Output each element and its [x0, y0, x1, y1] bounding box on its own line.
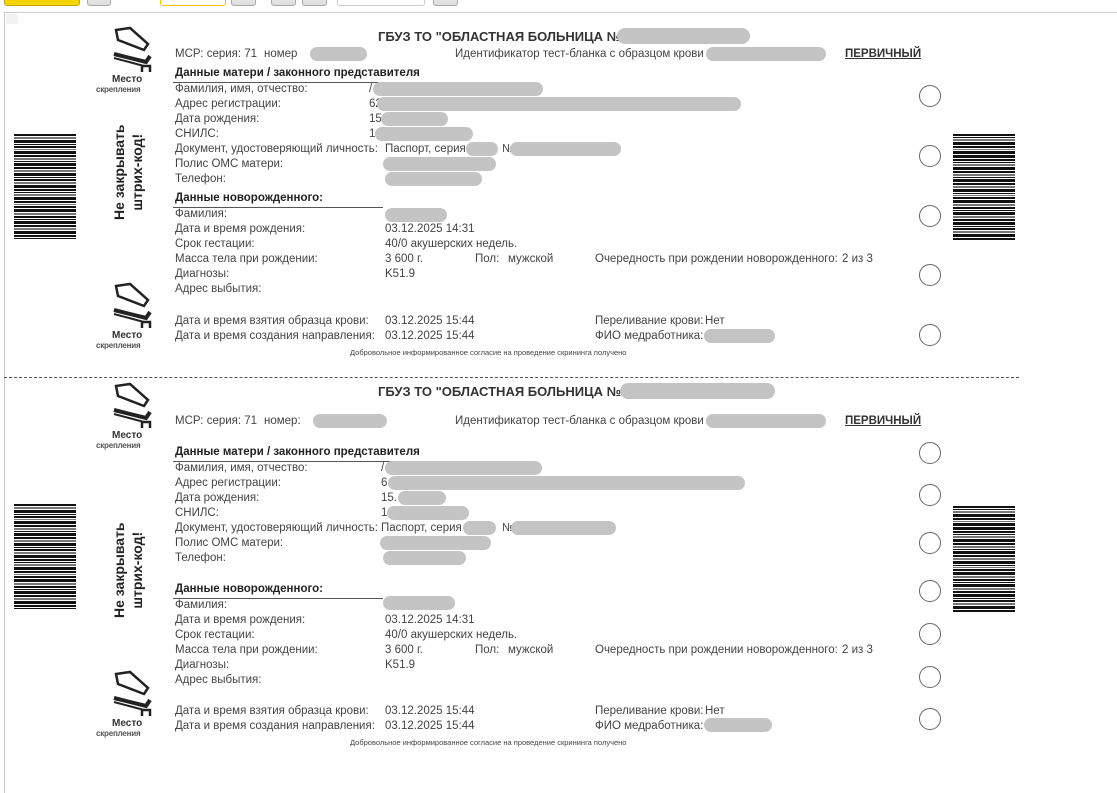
- staple-label-1: Место: [112, 330, 166, 341]
- mother-address-label: Адрес регистрации:: [175, 477, 281, 489]
- hole-punch-marker: [919, 708, 941, 730]
- msr-series: МСР: серия: 71: [175, 415, 257, 427]
- transfusion-value: Нет: [705, 315, 725, 327]
- redacted-number: [310, 47, 367, 61]
- sex-label: Пол:: [475, 644, 499, 656]
- weight-value: 3 600 г.: [385, 253, 423, 265]
- staple-label-2: скрепления: [96, 729, 166, 738]
- frame-corner-marker: [6, 14, 18, 24]
- medic-label: ФИО медработника:: [595, 330, 703, 342]
- mother-snils-label: СНИЛС:: [175, 507, 219, 519]
- mother-document-value: Паспорт, серия: [381, 522, 462, 534]
- number-label: номер:: [264, 415, 301, 427]
- mother-fio-prefix: /: [369, 83, 372, 95]
- created-datetime-label: Дата и время создания направления:: [175, 330, 375, 342]
- consent-note: Добровольное информированное согласие на…: [350, 348, 626, 357]
- gestation-label: Срок гестации:: [175, 238, 255, 250]
- mother-birthdate-label: Дата рождения:: [175, 492, 259, 504]
- redacted-passport-number: [511, 521, 616, 535]
- redacted-mother-fio: [385, 461, 542, 475]
- consent-note: Добровольное информированное согласие на…: [350, 738, 626, 747]
- redacted-passport-number: [510, 142, 621, 156]
- redacted-medic-name: [704, 718, 772, 732]
- created-datetime-label: Дата и время создания направления:: [175, 720, 375, 732]
- test-id-label: Идентификатор тест-бланка с образцом кро…: [455, 415, 704, 427]
- redacted-test-id: [706, 47, 826, 61]
- staple-label-1: Место: [112, 718, 166, 729]
- redacted-mother-birthdate: [381, 112, 448, 126]
- stapler-icon: [110, 282, 156, 330]
- birth-order-value: 2 из 3: [842, 253, 873, 265]
- hole-punch-marker: [919, 205, 941, 227]
- birth-order-value: 2 из 3: [842, 644, 873, 656]
- birth-order-label: Очередность при рождении новорожденного:: [595, 253, 838, 265]
- redacted-mother-birthdate: [398, 491, 446, 505]
- staple-label-2: скрепления: [96, 441, 166, 450]
- redacted-mother-oms: [380, 536, 491, 550]
- screening-form-copy-1: Место скрепления Не закрывать штрих-код!…: [0, 24, 1117, 374]
- redacted-passport-series: [463, 521, 496, 535]
- barcode-warning-label: Не закрывать штрих-код!: [110, 124, 146, 220]
- hole-punch-marker: [919, 324, 941, 346]
- hole-punch-marker: [919, 484, 941, 506]
- mother-section-title: Данные матери / законного представителя: [175, 67, 420, 79]
- redacted-mother-oms: [383, 157, 496, 171]
- status-primary: ПЕРВИЧНЫЙ: [845, 415, 921, 427]
- barcode-warning-line-1: Не закрывать: [110, 522, 128, 618]
- hole-punch-marker: [919, 442, 941, 464]
- gestation-value: 40/0 акушерских недель.: [385, 238, 517, 250]
- diagnoses-label: Диагнозы:: [175, 659, 229, 671]
- medic-label: ФИО медработника:: [595, 720, 703, 732]
- mother-birthdate-label: Дата рождения:: [175, 113, 259, 125]
- transfusion-label: Переливание крови:: [595, 705, 704, 717]
- export-button[interactable]: [302, 0, 327, 6]
- staple-area-top: Место скрепления: [96, 26, 166, 94]
- toolbar: [0, 0, 1117, 9]
- settings-button[interactable]: [433, 0, 458, 6]
- sex-label: Пол:: [475, 253, 499, 265]
- number-label: номер: [264, 48, 297, 60]
- newborn-birth-datetime-label: Дата и время рождения:: [175, 223, 305, 235]
- newborn-section-title: Данные новорожденного:: [175, 583, 323, 595]
- barcode-warning-line-2: штрих-код!: [128, 522, 146, 618]
- barcode-left: [14, 504, 76, 610]
- mother-birthdate-prefix: 15.: [381, 492, 397, 504]
- mother-document-label: Документ, удостоверяющий личность:: [175, 143, 378, 155]
- transfusion-label: Переливание крови:: [595, 315, 704, 327]
- barcode-right: [953, 506, 1015, 613]
- search-input[interactable]: [337, 0, 425, 6]
- comment-button[interactable]: [231, 0, 256, 6]
- diagnoses-value: K51.9: [385, 659, 415, 671]
- redacted-hospital-number: [620, 383, 775, 399]
- redacted-medic-name: [704, 329, 775, 343]
- hole-punch-marker: [919, 85, 941, 107]
- weight-label: Масса тела при рождении:: [175, 253, 318, 265]
- created-datetime-value: 03.12.2025 15:44: [385, 720, 475, 732]
- hole-punch-marker: [919, 145, 941, 167]
- sex-value: мужской: [508, 644, 553, 656]
- sample-datetime-value: 03.12.2025 15:44: [385, 315, 475, 327]
- redacted-passport-series: [466, 142, 498, 156]
- staple-label-1: Место: [112, 74, 166, 85]
- mother-fio-prefix: /: [381, 462, 384, 474]
- mother-document-label: Документ, удостоверяющий личность:: [175, 522, 378, 534]
- barcode-left: [14, 134, 76, 240]
- redacted-mother-phone: [385, 172, 482, 186]
- sex-value: мужской: [508, 253, 553, 265]
- barcode-right: [953, 134, 1015, 241]
- screening-form-copy-2: Место скрепления Не закрывать штрих-код!…: [0, 378, 1117, 758]
- sample-datetime-value: 03.12.2025 15:44: [385, 705, 475, 717]
- mother-snils-label: СНИЛС:: [175, 128, 219, 140]
- mother-fio-label: Фамилия, имя, отчество:: [175, 83, 308, 95]
- redacted-hospital-number: [617, 28, 750, 44]
- redacted-mother-snils: [375, 127, 473, 141]
- staple-label-1: Место: [112, 430, 166, 441]
- hospital-title: ГБУЗ ТО "ОБЛАСТНАЯ БОЛЬНИЦА №: [378, 384, 621, 399]
- stapler-icon: [110, 26, 156, 74]
- test-id-label: Идентификатор тест-бланка с образцом кро…: [455, 48, 704, 60]
- staple-label-2: скрепления: [96, 85, 166, 94]
- hole-punch-marker: [919, 532, 941, 554]
- mother-address-label: Адрес регистрации:: [175, 98, 281, 110]
- redacted-mother-fio: [373, 82, 543, 96]
- newborn-section-title: Данные новорожденного:: [175, 192, 323, 204]
- redacted-mother-address: [388, 476, 745, 490]
- created-datetime-value: 03.12.2025 15:44: [385, 330, 475, 342]
- transfusion-value: Нет: [705, 705, 725, 717]
- discharge-address-label: Адрес выбытия:: [175, 674, 261, 686]
- redacted-mother-address: [377, 97, 741, 111]
- redacted-newborn-surname: [385, 208, 447, 222]
- mother-section-title: Данные матери / законного представителя: [175, 446, 420, 458]
- gestation-value: 40/0 акушерских недель.: [385, 629, 517, 641]
- hole-punch-marker: [919, 580, 941, 602]
- mother-document-value: Паспорт, серия: [385, 143, 466, 155]
- newborn-birth-datetime-value: 03.12.2025 14:31: [385, 614, 475, 626]
- birth-order-label: Очередность при рождении новорожденного:: [595, 644, 838, 656]
- newborn-birth-datetime-value: 03.12.2025 14:31: [385, 223, 475, 235]
- diagnoses-label: Диагнозы:: [175, 268, 229, 280]
- redacted-number: [313, 414, 387, 428]
- discharge-address-label: Адрес выбытия:: [175, 283, 261, 295]
- hole-punch-marker: [919, 666, 941, 688]
- mother-phone-label: Телефон:: [175, 173, 226, 185]
- sample-datetime-label: Дата и время взятия образца крови:: [175, 315, 369, 327]
- mother-oms-label: Полис ОМС матери:: [175, 537, 283, 549]
- weight-value: 3 600 г.: [385, 644, 423, 656]
- newborn-surname-label: Фамилия:: [175, 208, 227, 220]
- hole-punch-marker: [919, 264, 941, 286]
- status-primary: ПЕРВИЧНЫЙ: [845, 48, 921, 60]
- stapler-icon: [110, 670, 156, 718]
- barcode-warning-line-2: штрих-код!: [128, 124, 146, 220]
- preview-button[interactable]: [87, 0, 111, 6]
- redacted-newborn-surname: [383, 596, 455, 610]
- barcode-warning-line-1: Не закрывать: [110, 124, 128, 220]
- msr-series: МСР: серия: 71: [175, 48, 257, 60]
- redacted-test-id: [706, 414, 826, 428]
- print-button[interactable]: [4, 0, 80, 6]
- redacted-mother-snils: [387, 506, 469, 520]
- barcode-warning-label: Не закрывать штрих-код!: [110, 522, 146, 618]
- mother-oms-label: Полис ОМС матери:: [175, 158, 283, 170]
- stapler-icon: [110, 382, 156, 430]
- save-button[interactable]: [271, 0, 296, 6]
- staple-area-bottom: Место скрепления: [96, 670, 166, 738]
- sample-datetime-label: Дата и время взятия образца крови:: [175, 705, 369, 717]
- mother-phone-label: Телефон:: [175, 552, 226, 564]
- page-number-input[interactable]: [160, 0, 226, 6]
- gestation-label: Срок гестации:: [175, 629, 255, 641]
- hole-punch-marker: [919, 623, 941, 645]
- mother-birthdate-prefix: 15: [369, 113, 382, 125]
- staple-area-top: Место скрепления: [96, 382, 166, 450]
- staple-area-bottom: Место скрепления: [96, 282, 166, 350]
- mother-fio-label: Фамилия, имя, отчество:: [175, 462, 308, 474]
- redacted-mother-phone: [383, 551, 466, 565]
- mother-address-prefix: 6: [381, 477, 387, 489]
- hospital-title: ГБУЗ ТО "ОБЛАСТНАЯ БОЛЬНИЦА №: [378, 29, 621, 44]
- diagnoses-value: K51.9: [385, 268, 415, 280]
- weight-label: Масса тела при рождении:: [175, 644, 318, 656]
- newborn-birth-datetime-label: Дата и время рождения:: [175, 614, 305, 626]
- newborn-surname-label: Фамилия:: [175, 599, 227, 611]
- staple-label-2: скрепления: [96, 341, 166, 350]
